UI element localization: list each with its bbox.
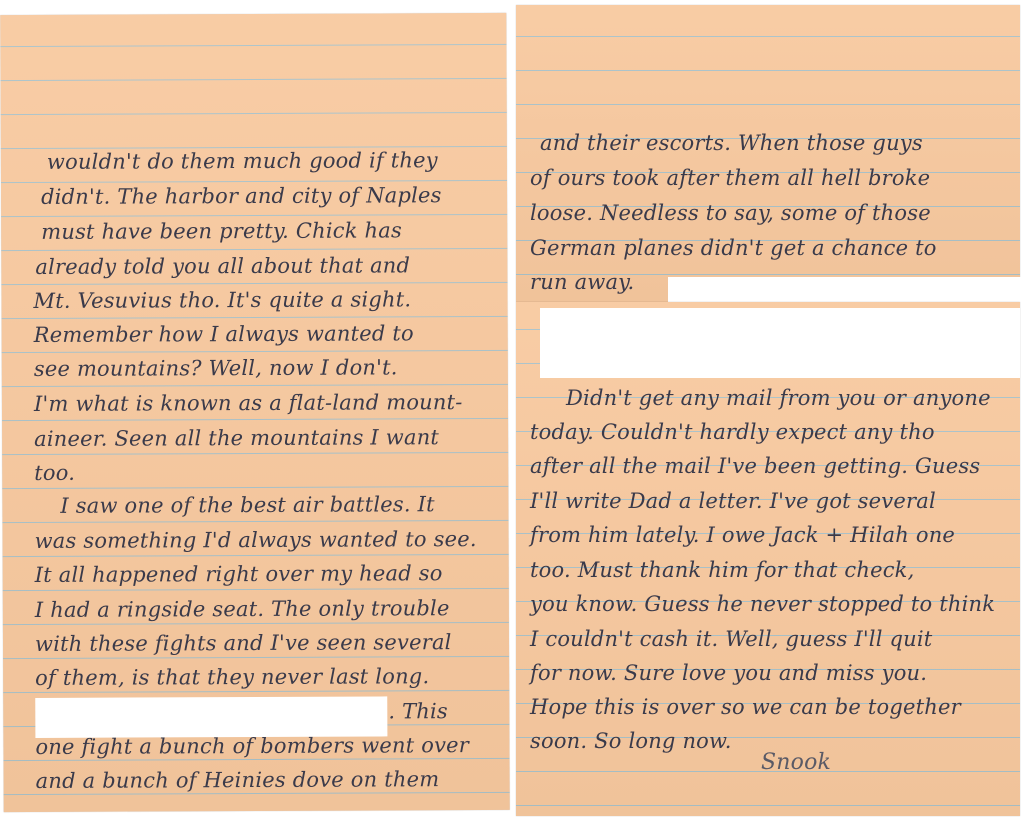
text-line: . This (388, 699, 448, 723)
text-line: Didn't get any mail from you or anyone (566, 386, 991, 410)
text-line: with these fights and I've seen several (35, 630, 452, 656)
text-line: didn't. The harbor and city of Naples (41, 183, 442, 209)
text-line: already told you all about that and (35, 253, 410, 279)
text-line: loose. Needless to say, some of those (530, 201, 931, 225)
text-line: and a bunch of Heinies dove on them (36, 767, 440, 793)
text-line: wouldn't do them much good if they (47, 148, 438, 174)
text-line: today. Couldn't hardly expect any tho (530, 420, 935, 444)
text-line: from him lately. I owe Jack + Hilah one (530, 523, 955, 547)
text-line: for now. Sure love you and miss you. (530, 661, 927, 685)
letter-page-left: wouldn't do them much good if they didn'… (0, 13, 509, 812)
text-line: too. Must thank him for that check, (530, 558, 914, 582)
redaction-box (35, 696, 387, 738)
text-line: I saw one of the best air battles. It (60, 492, 434, 518)
signature: Snook (761, 750, 831, 775)
text-line: see mountains? Well, now I don't. (34, 355, 398, 381)
text-line: too. (34, 461, 75, 485)
text-line: It all happened right over my head so (35, 561, 443, 587)
text-line: I had a ringside seat. The only trouble (35, 596, 450, 622)
text-line: after all the mail I've been getting. Gu… (530, 454, 980, 478)
redaction-box (540, 308, 1020, 378)
text-line: Mt. Vesuvius tho. It's quite a sight. (33, 287, 411, 313)
text-line: I couldn't cash it. Well, guess I'll qui… (530, 627, 932, 651)
text-line: you know. Guess he never stopped to thin… (530, 592, 995, 616)
left-page-text: wouldn't do them much good if they didn'… (0, 13, 506, 15)
text-line: Hope this is over so we can be together (530, 695, 961, 719)
text-line: soon. So long now. (530, 729, 732, 753)
text-line: of them, is that they never last long. (35, 664, 429, 690)
letter-page-right-bottom: Didn't get any mail from you or anyone t… (516, 302, 1020, 816)
text-line: German planes didn't get a chance to (530, 236, 937, 260)
text-line: must have been pretty. Chick has (41, 218, 402, 244)
text-line: and their escorts. When those guys (540, 131, 923, 155)
text-line: I'm what is known as a flat-land mount- (34, 390, 463, 416)
text-line: run away. (530, 270, 634, 294)
text-line: aineer. Seen all the mountains I want (34, 425, 439, 451)
torn-gap (668, 277, 1024, 302)
text-line: Remember how I always wanted to (34, 321, 414, 347)
text-line: of ours took after them all hell broke (530, 166, 930, 190)
text-line: was something I'd always wanted to see. (35, 527, 477, 553)
text-line: I'll write Dad a letter. I've got severa… (530, 489, 936, 513)
letter-page-right-top: and their escorts. When those guys of ou… (516, 5, 1020, 302)
